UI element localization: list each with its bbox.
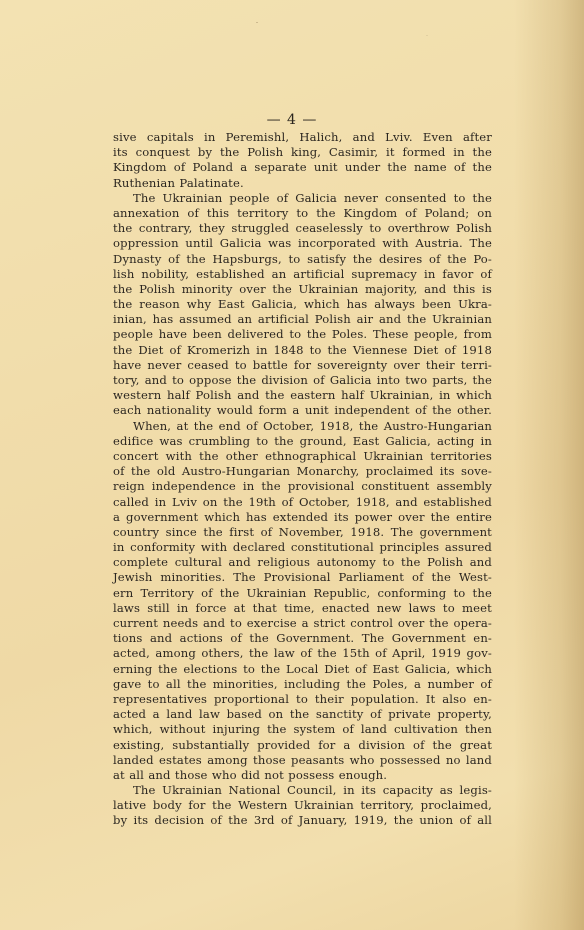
text-line: its conquest by the Polish king, Casimir… [113, 145, 492, 160]
text-line: reign independence in the provisional co… [113, 479, 492, 494]
text-line: of the old Austro-Hungarian Monarchy, pr… [113, 464, 492, 479]
text-line: a government which has extended its powe… [113, 510, 492, 525]
text-line: Ruthenian Palatinate. [113, 176, 492, 191]
text-line: country since the first of November, 191… [113, 525, 492, 540]
paper-speck [256, 22, 258, 23]
body-text: sive capitals in Peremishl, Halich, and … [113, 130, 492, 829]
paper-speck [426, 35, 428, 36]
text-line: the contrary, they struggled ceaselessly… [113, 221, 492, 236]
text-line: which, without injuring the system of la… [113, 722, 492, 737]
text-line: inian, has assumed an artificial Polish … [113, 312, 492, 327]
text-line: landed estates among those peasants who … [113, 753, 492, 768]
text-line: Jewish minorities. The Provisional Parli… [113, 570, 492, 585]
text-line: tions and actions of the Government. The… [113, 631, 492, 646]
paragraph: When, at the end of October, 1918, the A… [113, 419, 492, 784]
text-line: annexation of this territory to the King… [113, 206, 492, 221]
text-line: current needs and to exercise a strict c… [113, 616, 492, 631]
text-line: sive capitals in Peremishl, Halich, and … [113, 130, 492, 145]
text-line: lative body for the Western Ukrainian te… [113, 798, 492, 813]
text-line: The Ukrainian National Council, in its c… [113, 783, 492, 798]
text-line: people have been delivered to the Poles.… [113, 327, 492, 342]
text-line: representatives proportional to their po… [113, 692, 492, 707]
text-line: western half Polish and the eastern half… [113, 388, 492, 403]
text-line: each nationality would form a unit indep… [113, 403, 492, 418]
text-line: existing, substantially provided for a d… [113, 738, 492, 753]
text-line: complete cultural and religious autonomy… [113, 555, 492, 570]
text-line: erning the elections to the Local Diet o… [113, 662, 492, 677]
text-line: in conformity with declared constitution… [113, 540, 492, 555]
text-line: acted, among others, the law of the 15th… [113, 646, 492, 661]
text-line: ern Territory of the Ukrainian Republic,… [113, 586, 492, 601]
text-line: by its decision of the 3rd of January, 1… [113, 813, 492, 828]
text-line: called in Lviv on the 19th of October, 1… [113, 495, 492, 510]
text-line: laws still in force at that time, enacte… [113, 601, 492, 616]
text-line: acted a land law based on the sanctity o… [113, 707, 492, 722]
text-line: When, at the end of October, 1918, the A… [113, 419, 492, 434]
text-line: gave to all the minorities, including th… [113, 677, 492, 692]
text-line: the Polish minority over the Ukrainian m… [113, 282, 492, 297]
text-line: lish nobility, established an artificial… [113, 267, 492, 282]
text-line: have never ceased to battle for sovereig… [113, 358, 492, 373]
page-number: — 4 — [0, 112, 584, 128]
text-line: at all and those who did not possess eno… [113, 768, 492, 783]
text-line: the reason why East Galicia, which has a… [113, 297, 492, 312]
text-line: Dynasty of the Hapsburgs, to satisfy the… [113, 252, 492, 267]
text-line: The Ukrainian people of Galicia never co… [113, 191, 492, 206]
paragraph: The Ukrainian National Council, in its c… [113, 783, 492, 829]
book-page: — 4 — sive capitals in Peremishl, Halich… [0, 0, 584, 930]
paragraph: sive capitals in Peremishl, Halich, and … [113, 130, 492, 191]
text-line: concert with the other ethnographical Uk… [113, 449, 492, 464]
text-line: edifice was crumbling to the ground, Eas… [113, 434, 492, 449]
text-line: oppression until Galicia was incorporate… [113, 236, 492, 251]
text-line: the Diet of Kromerizh in 1848 to the Vie… [113, 343, 492, 358]
paragraph: The Ukrainian people of Galicia never co… [113, 191, 492, 419]
text-line: Kingdom of Poland a separate unit under … [113, 160, 492, 175]
text-line: tory, and to oppose the division of Gali… [113, 373, 492, 388]
